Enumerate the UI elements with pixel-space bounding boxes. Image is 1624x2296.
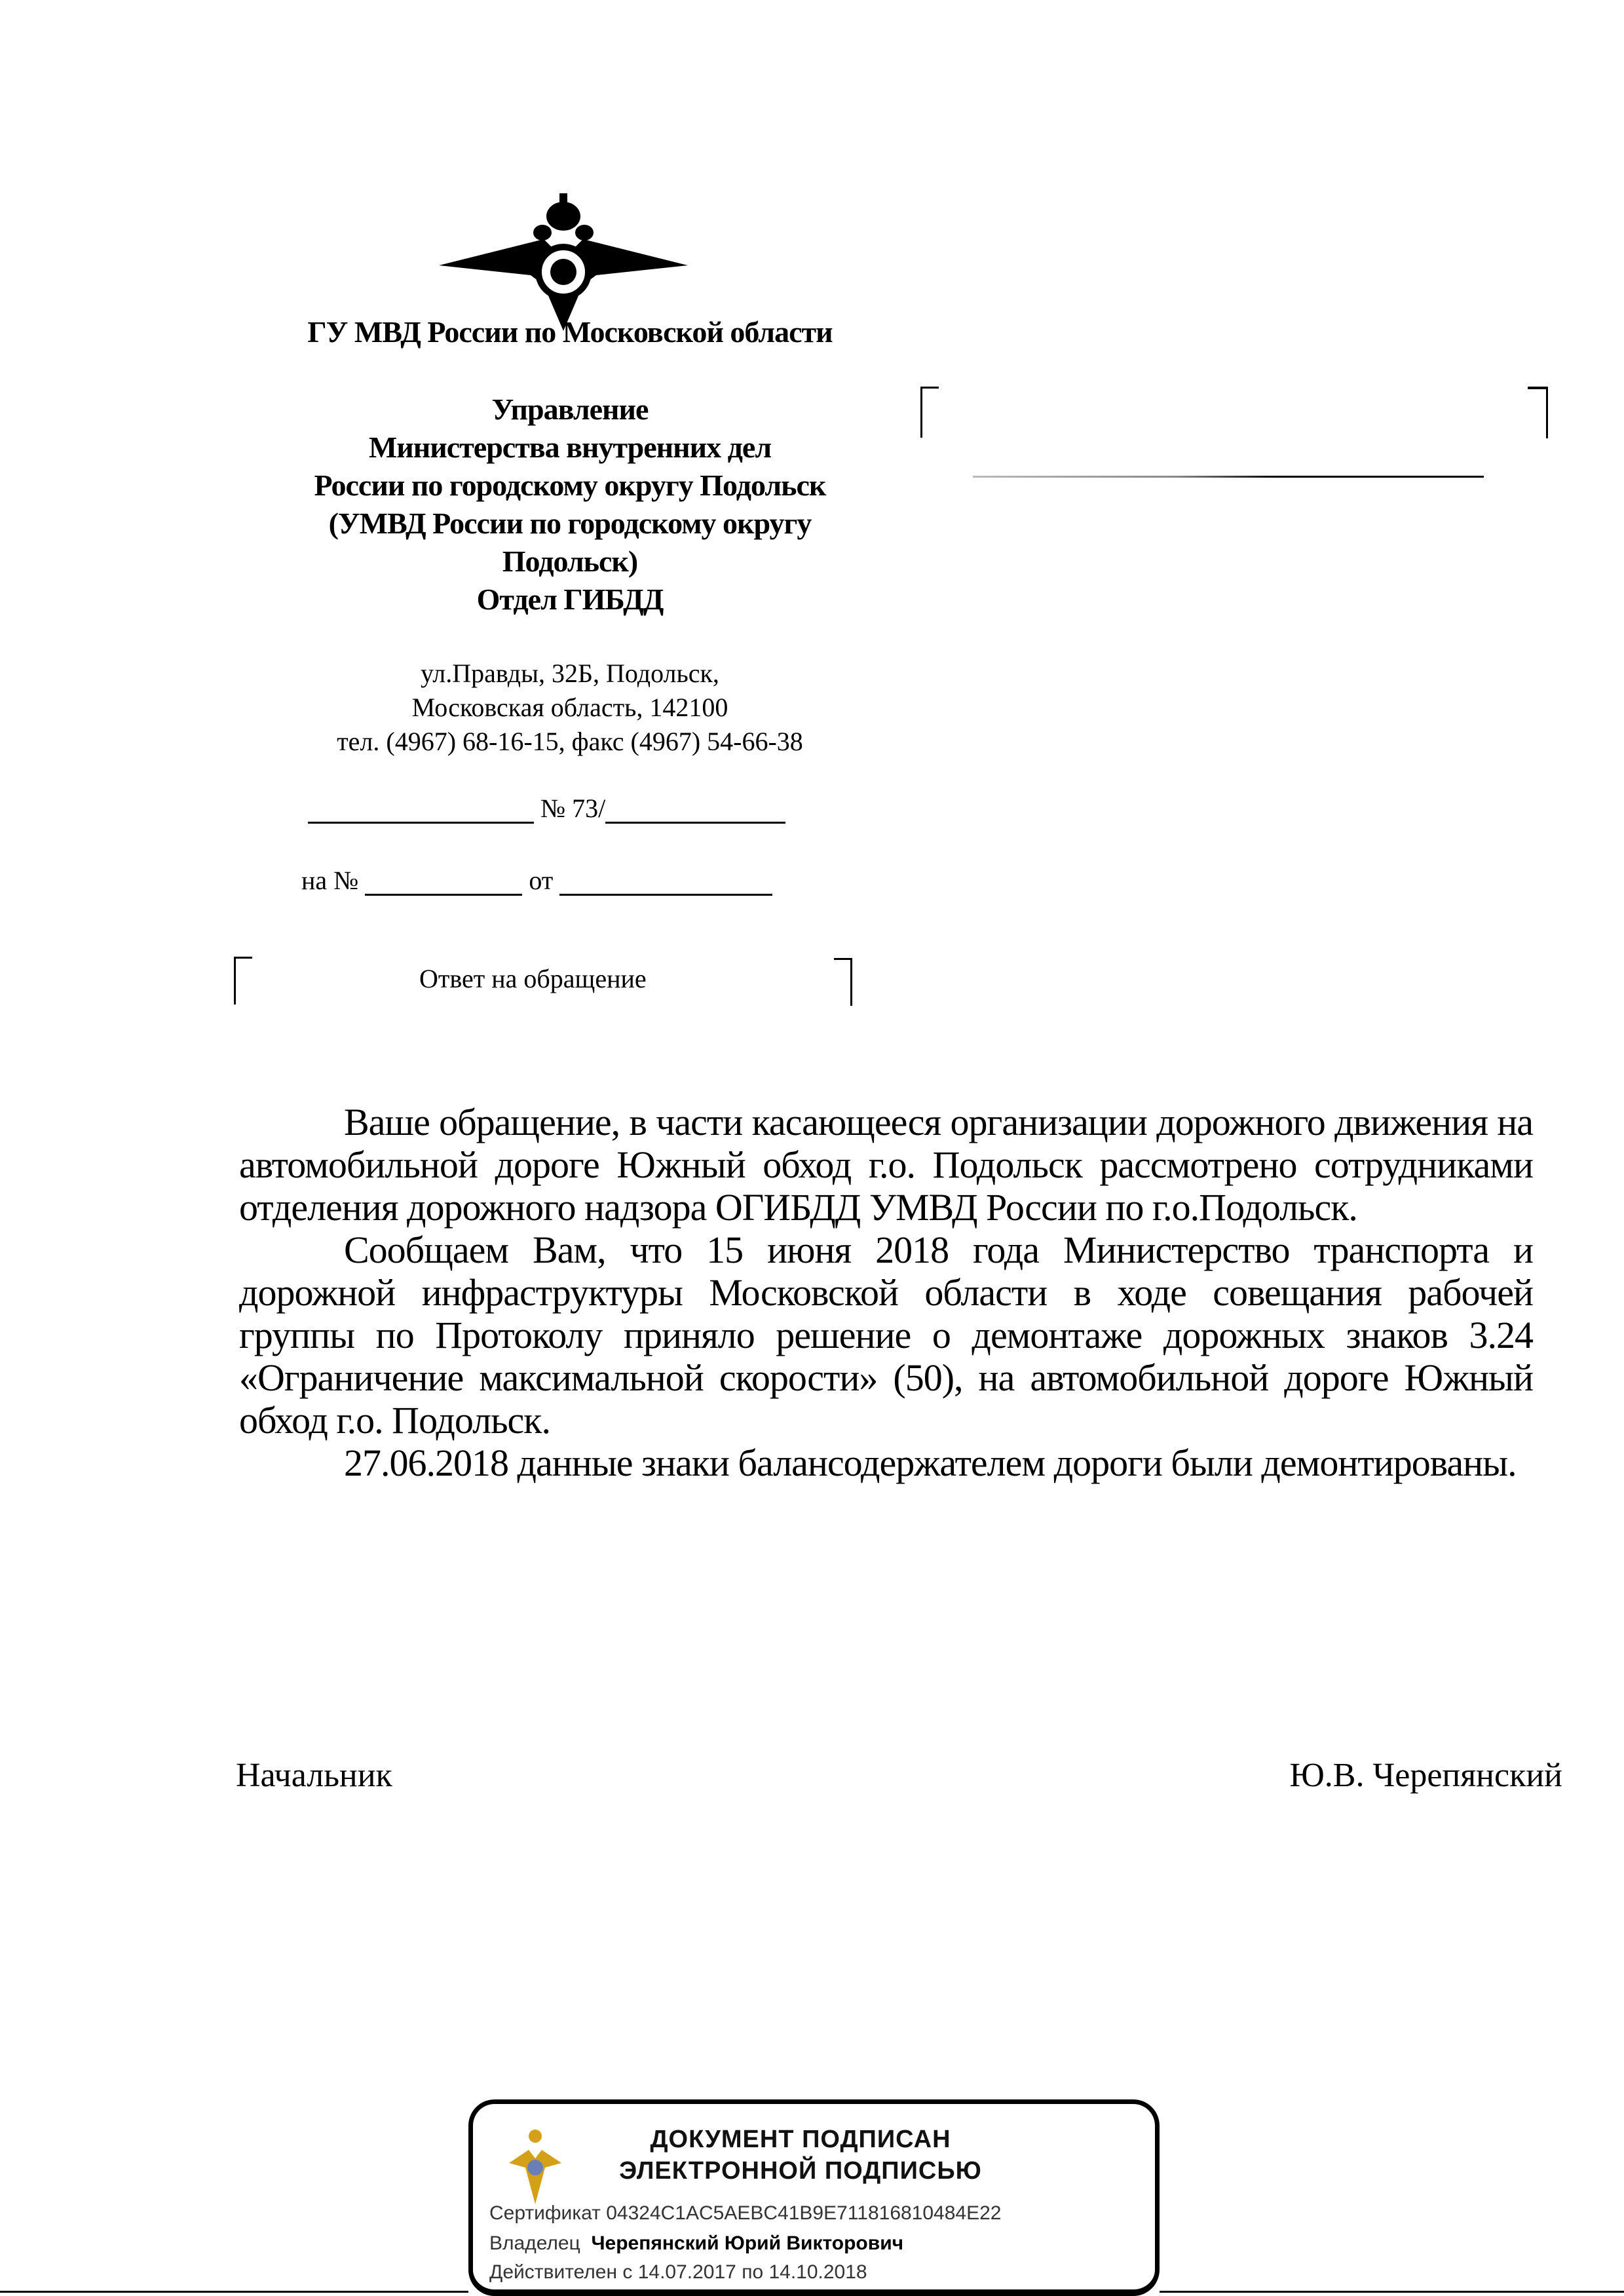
stamp-title: ДОКУМЕНТ ПОДПИСАН ЭЛЕКТРОННОЙ ПОДПИСЬЮ <box>571 2124 1030 2187</box>
signature-row: Начальник Ю.В. Черепянский <box>236 1756 1562 1795</box>
mvd-emblem-icon <box>432 167 694 331</box>
dept-line: Подольск) <box>197 543 943 581</box>
address-line: Московская область, 142100 <box>197 691 943 725</box>
reg-number-label: № 73/ <box>540 794 605 823</box>
gold-mvd-emblem-icon <box>509 2127 561 2206</box>
certificate-line: Сертификат 04324C1AC5AEBC41B9E7118168104… <box>489 2202 1002 2225</box>
dept-line: Министерства внутренних дел <box>197 429 943 467</box>
owner-label: Владелец <box>489 2232 580 2254</box>
address-line: ул.Правды, 32Б, Подольск, <box>197 657 943 691</box>
contact-line: тел. (4967) 68-16-15, факс (4967) 54-66-… <box>197 725 943 759</box>
validity-line: Действителен с 14.07.2017 по 14.10.2018 <box>489 2261 867 2284</box>
date-blank <box>308 822 534 824</box>
signatory-name: Ю.В. Черепянский <box>1289 1756 1562 1795</box>
dept-line: России по городскому округу Подольск <box>197 467 943 505</box>
bracket-corner <box>834 958 852 1006</box>
certificate-label: Сертификат <box>489 2202 601 2224</box>
body-paragraph: 27.06.2018 данные знаки балансодержателе… <box>239 1442 1533 1484</box>
registration-number-line: № 73/ <box>197 793 943 832</box>
recipient-redacted <box>973 476 1484 478</box>
page-edge-line <box>1160 2291 1624 2293</box>
dept-line: Отдел ГИБДД <box>197 581 943 619</box>
owner-line: Владелец Черепянский Юрий Викторович <box>489 2232 903 2255</box>
reply-date-blank <box>559 894 772 896</box>
body-paragraph: Ваше обращение, в части касающееся орган… <box>239 1101 1533 1229</box>
certificate-value: 04324C1AC5AEBC41B9E711816810484E22 <box>606 2202 1001 2224</box>
subject-line: Ответ на обращение <box>419 963 647 994</box>
owner-value: Черепянский Юрий Викторович <box>591 2232 903 2254</box>
stamp-title-line: ДОКУМЕНТ ПОДПИСАН <box>571 2124 1030 2155</box>
dept-line: (УМВД России по городскому округу <box>197 505 943 543</box>
bracket-corner <box>920 387 939 438</box>
signatory-position: Начальник <box>236 1756 392 1795</box>
org-title: ГУ МВД России по Московской области <box>197 315 943 349</box>
department-name: Управление Министерства внутренних дел Р… <box>197 391 943 619</box>
reply-from-label: от <box>529 866 553 895</box>
bracket-corner <box>234 957 252 1004</box>
stamp-title-line: ЭЛЕКТРОННОЙ ПОДПИСЬЮ <box>571 2155 1030 2187</box>
dept-line: Управление <box>197 391 943 429</box>
reply-reference-line: на № от <box>197 865 943 904</box>
address-block: ул.Правды, 32Б, Подольск, Московская обл… <box>197 657 943 759</box>
letter-body: Ваше обращение, в части касающееся орган… <box>239 1101 1533 1484</box>
page-edge-line <box>0 2291 468 2293</box>
reply-to-label: на № <box>301 866 358 895</box>
reg-number-blank <box>605 822 785 824</box>
body-paragraph: Сообщаем Вам, что 15 июня 2018 года Мини… <box>239 1229 1533 1442</box>
bracket-corner <box>1528 387 1548 438</box>
e-signature-stamp: ДОКУМЕНТ ПОДПИСАН ЭЛЕКТРОННОЙ ПОДПИСЬЮ С… <box>468 2099 1160 2296</box>
reply-number-blank <box>365 894 522 896</box>
